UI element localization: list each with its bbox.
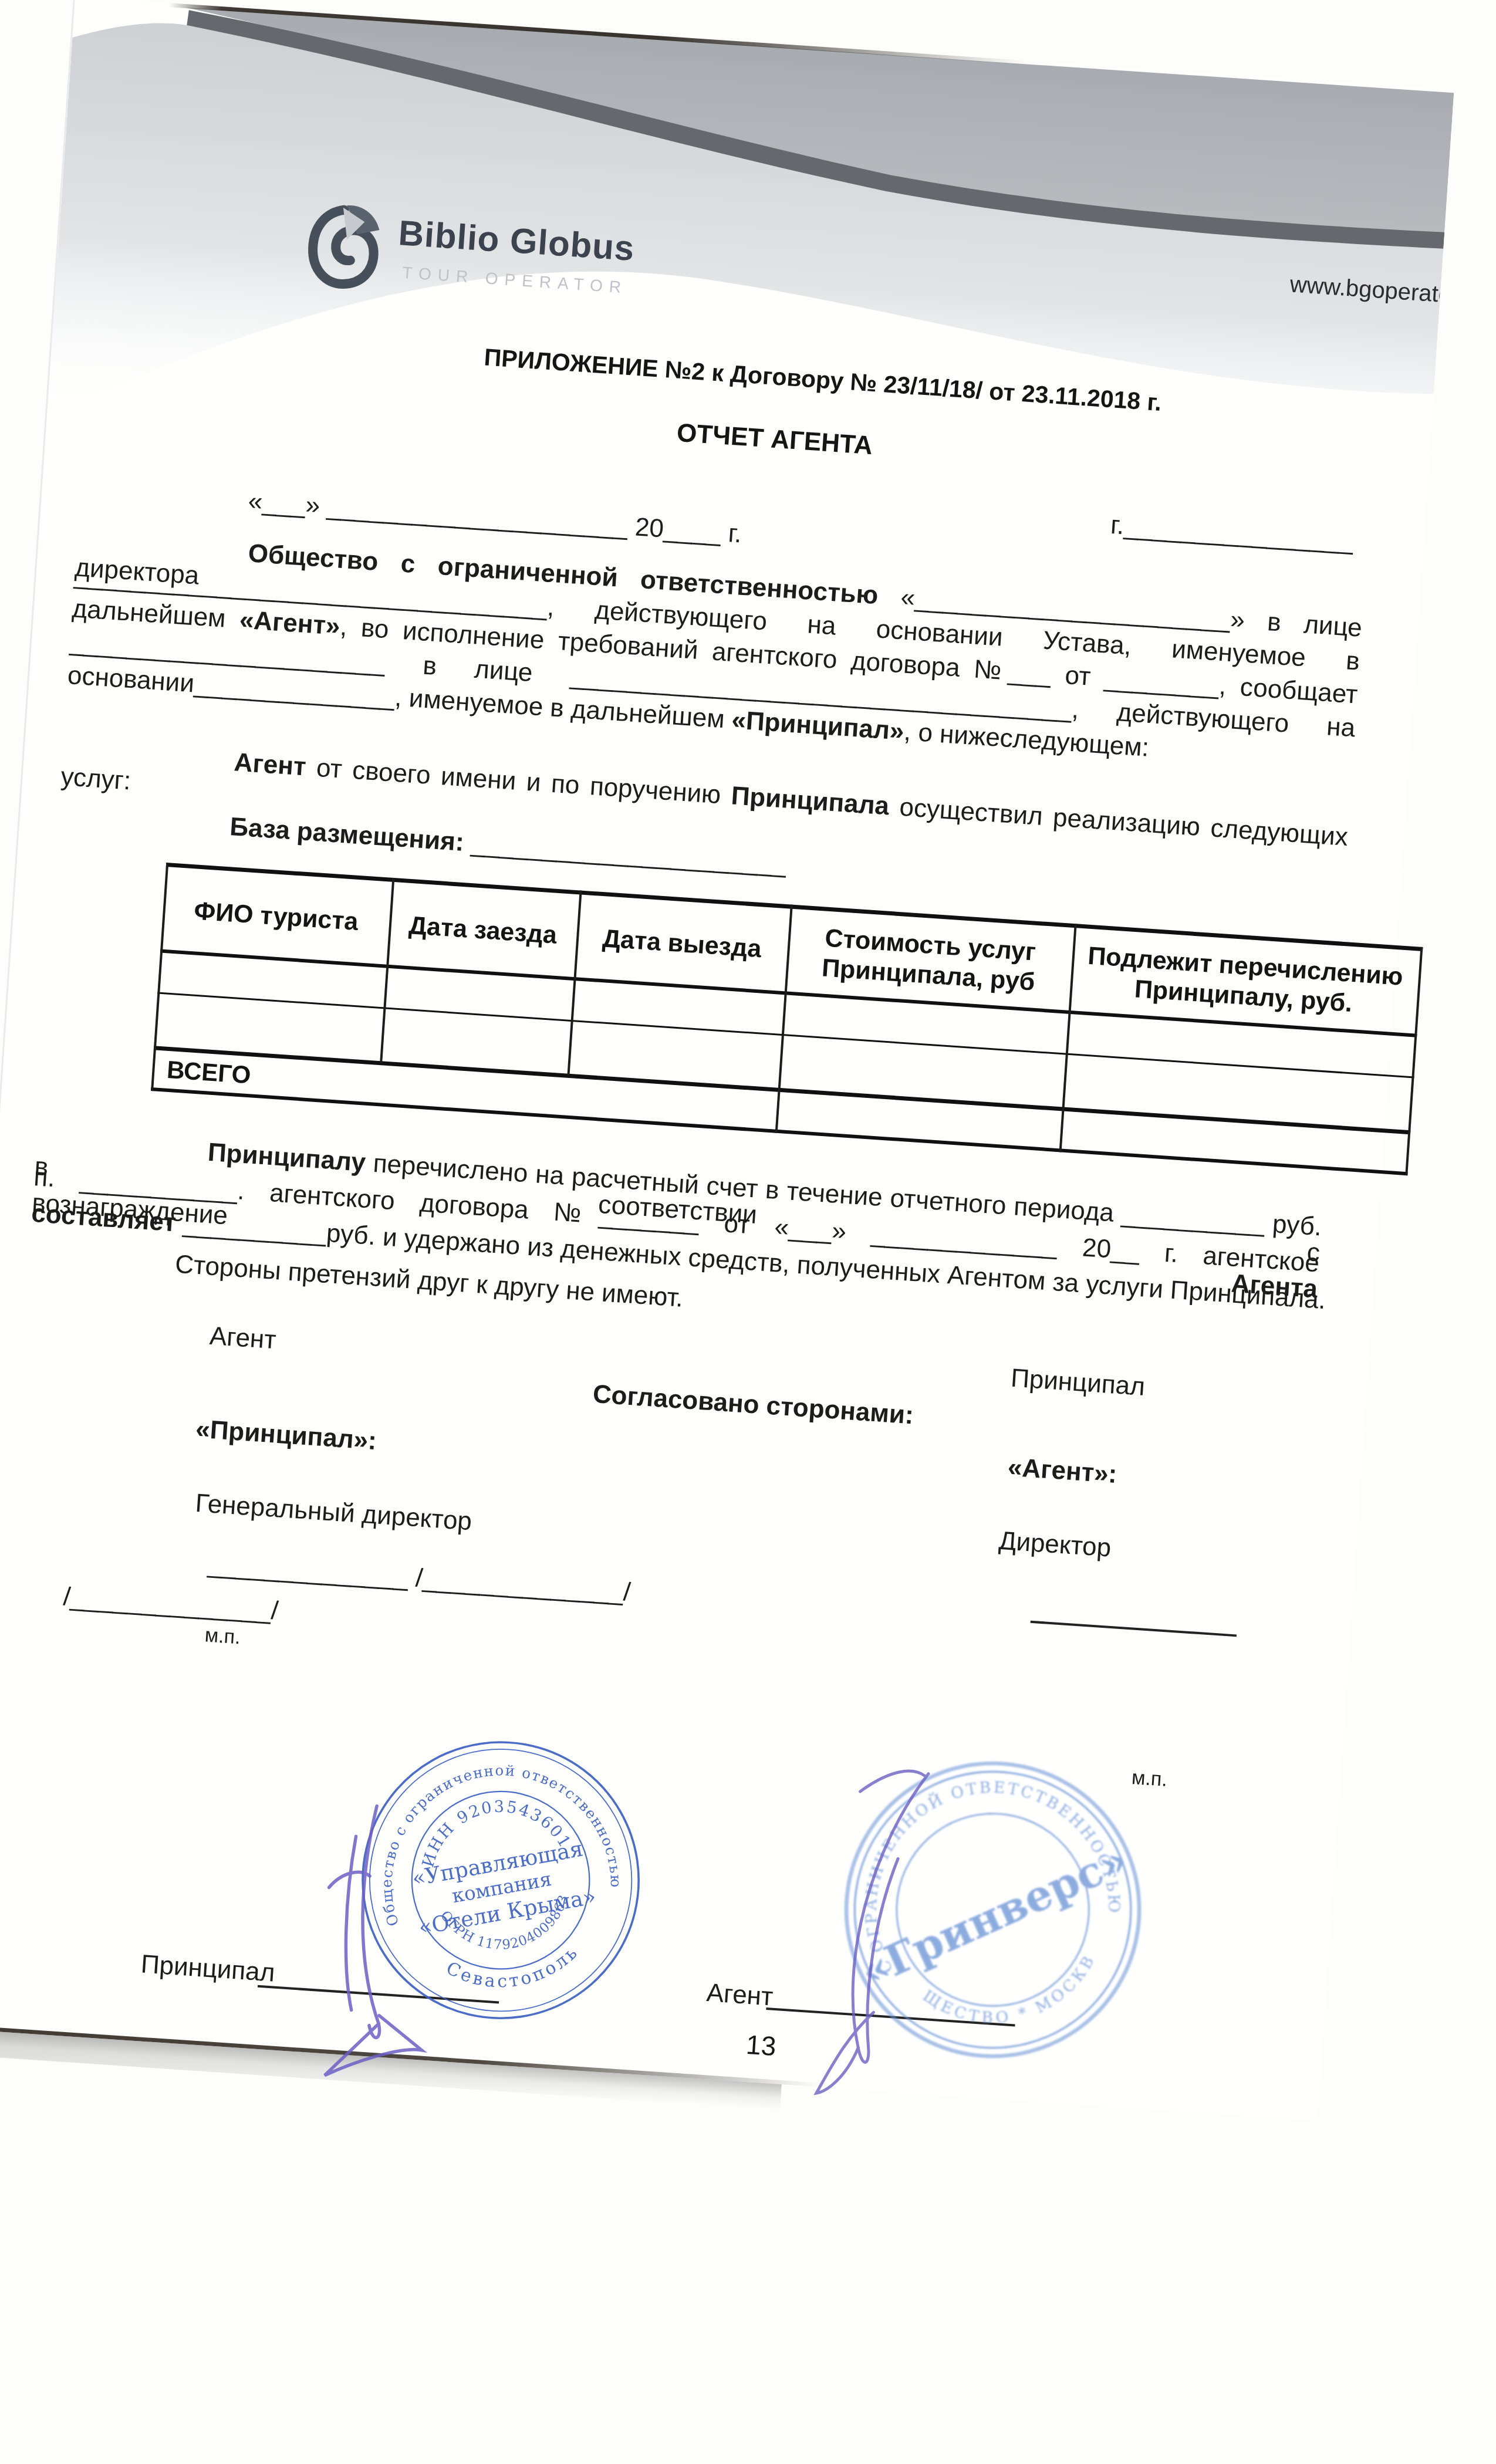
scanned-document: Biblio Globus TOUR OPERATOR www.bgoperat… [0, 0, 1496, 2464]
principal-signature [316, 1803, 438, 2082]
paper-sheet: Biblio Globus TOUR OPERATOR www.bgoperat… [0, 0, 1454, 2121]
svg-text:Общество с ограниченной отв: Общество с ограниченной ответственностью [362, 1746, 627, 1929]
column-header-arrival-date: Дата заезда [386, 883, 579, 978]
column-header-tourist-name: ФИО туриста [160, 867, 392, 966]
letterhead-swoosh-graphic [45, 0, 1454, 546]
stamp-company-line: «Управляющая [410, 1836, 585, 1891]
stamp-place-mark: м.п. [204, 1624, 241, 1649]
stamp-place-mark: м.п. [1131, 1766, 1168, 1792]
stamp-ring-text: Общество с ограниченной ответственностью [362, 1746, 627, 1929]
svg-text:ИНН 9203543601: ИНН 9203543601 [411, 1787, 576, 1872]
director-role: Директор [998, 1528, 1112, 1561]
svg-text:ОБЩЕСТВО * МОСКВА *: ОБЩЕСТВО * МОСКВА * [808, 1726, 1110, 2063]
agent-round-stamp: С ОГРАНИЧЕННОЙ ОТВЕТСТВЕННОСТЬЮ ОБЩЕСТВО… [808, 1725, 1178, 2095]
svg-text:С ОГРАНИЧЕННОЙ ОТВЕТСТВЕННОСТЬ: С ОГРАНИЧЕННОЙ ОТВЕТСТВЕННОСТЬЮ [834, 1750, 1129, 1978]
signature-name-line: /______________/ [62, 1584, 279, 1624]
agent-party-label: «Агент»: [1007, 1455, 1118, 1488]
agreed-by-parties-caption: Согласовано сторонами: [592, 1381, 914, 1429]
stamp-company-name: «Гринверс» [853, 1834, 1136, 1997]
agent-footer-label: Агент [706, 1980, 774, 2010]
tourists-table: ФИО туриста Дата заезда Дата выезда Стои… [151, 863, 1423, 1175]
biblio-globus-logo-icon [302, 195, 385, 296]
column-header-departure-date: Дата выезда [574, 895, 791, 992]
stamp-company-line: «Отели Крыма» [417, 1884, 598, 1940]
principal-signature-line [258, 1985, 499, 2004]
svg-text:* ОГРН 1179204009863 *: * ОГРН 1179204009863 * [337, 1717, 580, 1973]
stamp-ring-bottom-text: ОБЩЕСТВО * МОСКВА * [808, 1726, 1110, 2063]
table-total-label: ВСЕГО [166, 1056, 252, 1089]
director-signature-line [1031, 1621, 1237, 1637]
svg-text:Севастополь: Севастополь [440, 1939, 586, 2001]
agent-section-header: Агент [209, 1323, 277, 1354]
agent-signature [816, 1766, 928, 2099]
page-number: 13 [745, 2029, 777, 2062]
principal-footer-label: Принципал [140, 1951, 276, 1986]
general-director-role: Генеральный директор [195, 1490, 473, 1535]
stamp-company-line: компания [450, 1868, 553, 1908]
stamp-ogrn-text: * ОГРН 1179204009863 * [337, 1717, 580, 1973]
agent-signature-line [766, 2007, 1015, 2027]
date-blank-line: «___» _____________________ 20____ г. [247, 488, 742, 547]
principal-party-label: «Принципал»: [195, 1417, 377, 1455]
principal-section-header: Принципал [1010, 1365, 1146, 1400]
stamp-ring-text: С ОГРАНИЧЕННОЙ ОТВЕТСТВЕННОСТЬЮ [834, 1750, 1129, 1978]
stamp-city-text: Севастополь [440, 1939, 586, 2001]
stamp-inn-text: ИНН 9203543601 [411, 1787, 576, 1872]
